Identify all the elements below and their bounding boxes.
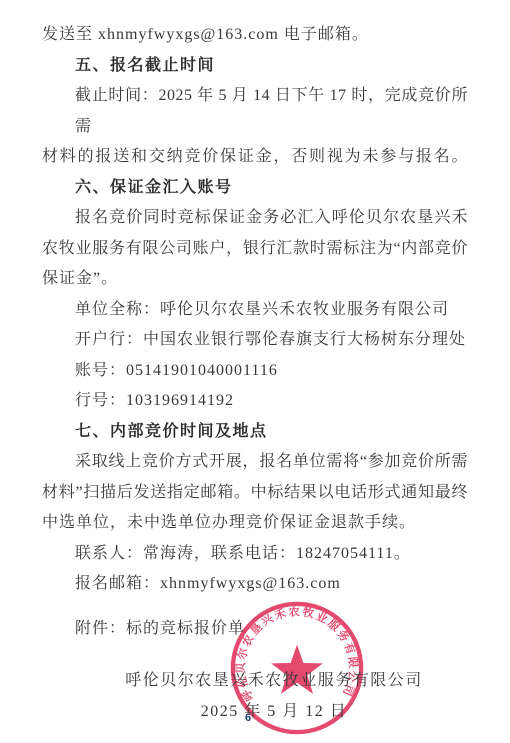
text-line: 采取线上竞价方式开展，报名单位需将“参加竞价所需 [42, 447, 468, 478]
text-line: 截止时间：2025 年 5 月 14 日下午 17 时，完成竞价所需 [42, 81, 468, 142]
text-line: 账号：05141901040001116 [42, 356, 468, 387]
text-line: 发送至 xhnmyfwyxgs@163.com 电子邮箱。 [42, 20, 468, 51]
signature-company: 呼伦贝尔农垦兴禾农牧业服务有限公司 [80, 666, 468, 697]
section-heading: 五、报名截止时间 [42, 51, 468, 82]
signature-date: 2025 年 5 月 12 日 [80, 697, 468, 728]
text-line: 行号：103196914192 [42, 386, 468, 417]
text-line: 农牧业服务有限公司账户，银行汇款时需标注为“内部竞价 [42, 234, 468, 265]
text-line: 报名竞价同时竞标保证金务必汇入呼伦贝尔农垦兴禾 [42, 203, 468, 234]
text-line: 材料”扫描后发送指定邮箱。中标结果以电话形式通知最终 [42, 478, 468, 509]
document-lines: 发送至 xhnmyfwyxgs@163.com 电子邮箱。五、报名截止时间截止时… [42, 20, 468, 644]
text-line: 联系人：常海涛，联系电话：18247054111。 [42, 539, 468, 570]
text-line: 报名邮箱：xhnmyfwyxgs@163.com [42, 569, 468, 600]
text-line: 材料的报送和交纳竞价保证金，否则视为未参与报名。 [42, 142, 468, 173]
text-line: 单位全称：呼伦贝尔农垦兴禾农牧业服务有限公司 [42, 295, 468, 326]
page-number: 6 [238, 712, 258, 724]
text-line: 中选单位，未中选单位办理竞价保证金退款手续。 [42, 508, 468, 539]
text-line: 保证金”。 [42, 264, 468, 295]
section-heading: 六、保证金汇入账号 [42, 173, 468, 204]
text-line: 开户行：中国农业银行鄂伦春旗支行大杨树东分理处 [42, 325, 468, 356]
document-page: 发送至 xhnmyfwyxgs@163.com 电子邮箱。五、报名截止时间截止时… [0, 0, 510, 743]
section-heading: 七、内部竞价时间及地点 [42, 417, 468, 448]
